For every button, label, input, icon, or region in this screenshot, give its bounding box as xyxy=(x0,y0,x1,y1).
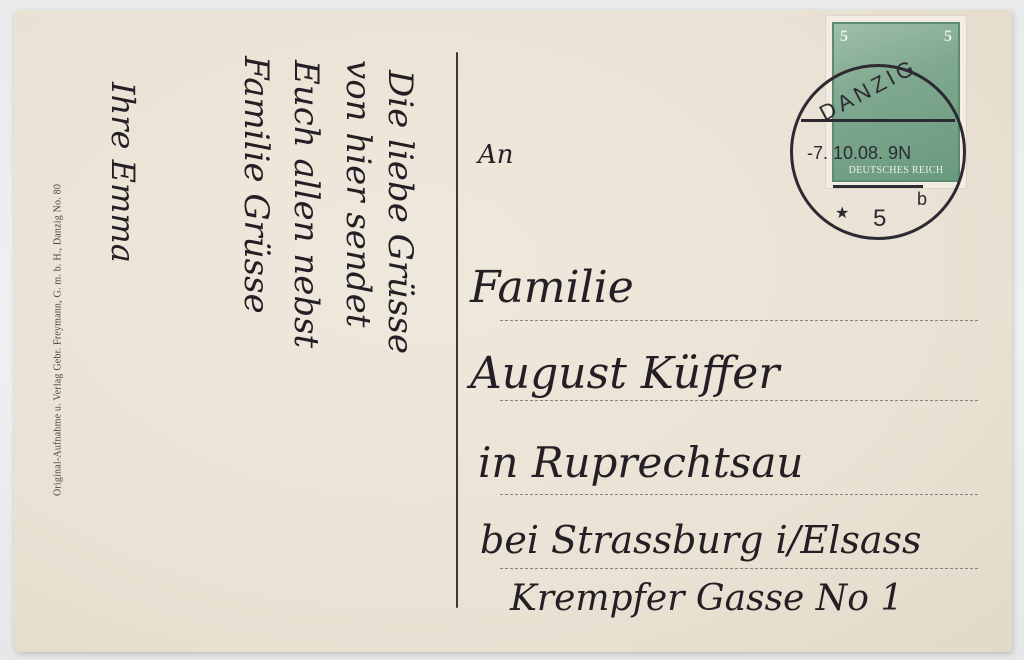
postmark: DANZIG -7. 10.08. 9N ★ 5 b xyxy=(790,64,966,240)
stamp-value-left: 5 xyxy=(840,28,848,46)
message-line: von hier sendet xyxy=(338,60,378,327)
postmark-bar xyxy=(833,185,923,188)
address-prefix: An xyxy=(478,140,514,170)
postmark-number: 5 xyxy=(873,205,886,233)
address-line: Familie xyxy=(470,262,634,313)
postmark-bar xyxy=(801,119,955,122)
address-line: Krempfer Gasse No 1 xyxy=(510,578,903,619)
message-signature: Ihre Emma xyxy=(104,82,142,263)
postmark-date: -7. 10.08. 9N xyxy=(807,143,911,164)
address-rule xyxy=(500,320,978,321)
message-line: Familie Grüsse xyxy=(236,56,276,314)
address-line: August Küffer xyxy=(470,348,779,399)
message-line: Die liebe Grüsse xyxy=(380,70,420,354)
publisher-imprint: Original-Aufnahme u. Verlag Gebr. Freyma… xyxy=(53,184,64,496)
postmark-star-icon: ★ xyxy=(835,203,849,223)
address-rule xyxy=(500,568,978,569)
stamp-value-right: 5 xyxy=(944,28,952,46)
address-rule xyxy=(500,494,978,495)
postmark-letter: b xyxy=(917,189,927,210)
message-line: Euch allen nebst xyxy=(286,60,326,348)
address-line: in Ruprechtsau xyxy=(478,438,803,487)
address-line: bei Strassburg i/Elsass xyxy=(480,518,922,562)
address-rule xyxy=(500,400,978,401)
divider-line xyxy=(456,52,458,608)
